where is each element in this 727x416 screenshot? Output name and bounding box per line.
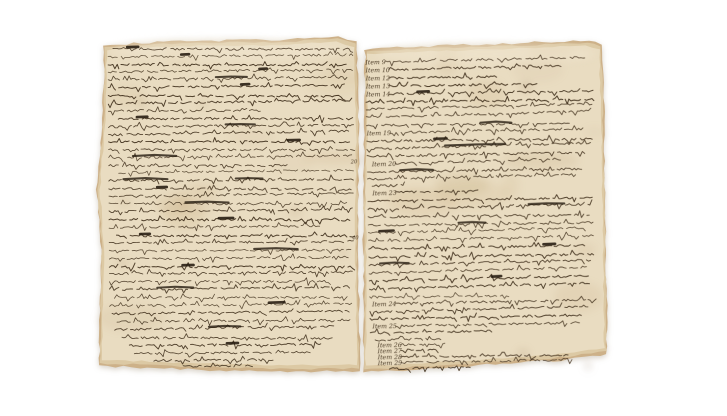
strikethrough-mark bbox=[209, 326, 240, 327]
item-number-label: Item 24 bbox=[371, 301, 396, 308]
ink-blot-mark bbox=[379, 231, 393, 232]
strikethrough-mark bbox=[236, 178, 263, 179]
ink-blot-mark bbox=[544, 244, 556, 245]
manuscript-photograph: Item 9Item 10Item 12Item 13Item 14Item 1… bbox=[0, 0, 727, 416]
item-number-label: Item 19 bbox=[366, 130, 391, 138]
item-number-label: Item 25 bbox=[371, 323, 396, 330]
item-number-label: Item 20 bbox=[371, 161, 397, 169]
strikethrough-mark bbox=[185, 202, 228, 203]
strikethrough-mark bbox=[529, 203, 565, 204]
margin-number: 40 bbox=[351, 235, 359, 241]
strikethrough-mark bbox=[157, 287, 193, 288]
item-number-label: Item 13 bbox=[365, 83, 390, 90]
margin-number: 20 bbox=[350, 159, 358, 165]
strikethrough-mark bbox=[380, 262, 409, 263]
item-number-label: Item 10 bbox=[364, 67, 390, 75]
item-number-label: Item 23 bbox=[371, 190, 397, 198]
strikethrough-mark bbox=[400, 169, 433, 171]
manuscript-scene: Item 9Item 10Item 12Item 13Item 14Item 1… bbox=[0, 0, 727, 416]
strikethrough-mark bbox=[459, 222, 486, 223]
item-number-label: Item 29 bbox=[377, 360, 402, 367]
item-number-label: Item 9 bbox=[364, 59, 386, 66]
strikethrough-mark bbox=[254, 248, 298, 249]
strikethrough-mark bbox=[226, 124, 255, 125]
item-number-label: Item 14 bbox=[365, 91, 390, 98]
ink-blot-mark bbox=[492, 276, 501, 277]
item-number-label: Item 12 bbox=[365, 75, 390, 82]
strikethrough-mark bbox=[216, 76, 247, 77]
